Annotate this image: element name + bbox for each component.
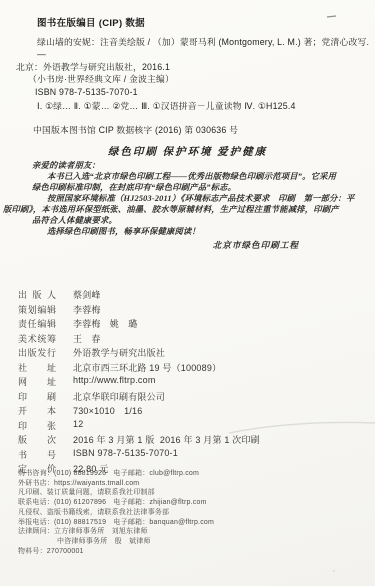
copyright-page: 图书在版编目 (CIP) 数据 绿山墙的安妮：注音美绘版 / （加）蒙哥马利 (…: [0, 0, 375, 586]
colophon: 出版人蔡剑峰 策划编辑李蓉梅 责任编辑李蓉梅 姚 璐 美术统筹王 春 出版发行外…: [18, 288, 358, 477]
colophon-row: 美术统筹王 春: [18, 332, 358, 347]
colophon-row: 书号ISBN 978-7-5135-7070-1: [18, 448, 358, 463]
colophon-value: 2016 年 3 月第 1 版 2016 年 3 月第 1 次印刷: [73, 433, 260, 446]
green-notice-line: 品符合人体健康要求。: [3, 215, 371, 226]
colophon-value: ISBN 978-7-5135-7070-1: [73, 448, 178, 458]
green-print-title: 绿色印刷 保护环境 爱护健康: [0, 144, 375, 159]
colophon-label: 开本: [18, 404, 56, 417]
colophon-label: 出版发行: [18, 346, 56, 359]
colophon-row: 印刷北京华联印刷有限公司: [18, 390, 358, 405]
colophon-row: 责任编辑李蓉梅 姚 璐: [18, 317, 358, 332]
cip-description-line: 绿山墙的安妮：注音美绘版 / （加）蒙哥马利 (Montgomery, L. M…: [16, 36, 370, 61]
cip-index-line: Ⅰ. ①绿… Ⅱ. ①蒙… ②党… Ⅲ. ①汉语拼音－儿童读物 Ⅳ. ①H125…: [37, 99, 296, 112]
colophon-row: 出版人蔡剑峰: [18, 288, 358, 303]
colophon-value: 730×1010 1/16: [73, 404, 142, 417]
cip-record-line: 中国版本图书馆 CIP 数据核字 (2016) 第 030636 号: [33, 123, 238, 136]
colophon-row: 策划编辑李蓉梅: [18, 303, 358, 318]
colophon-label: 网址: [18, 375, 56, 388]
contact-line: 外研书店：https://waiyants.tmall.com: [18, 479, 348, 489]
contact-line: 法律顾问：立方律师事务所 刘旭东律师: [18, 527, 348, 537]
scan-artifact-dash: [327, 16, 336, 17]
colophon-label: 书号: [18, 448, 56, 461]
colophon-value: 外语教学与研究出版社: [73, 346, 165, 359]
contact-info: 购书咨询：(010) 88819926 电子邮箱：club@fltrp.com …: [18, 469, 348, 556]
colophon-label: 版次: [18, 433, 56, 446]
colophon-row: 版次2016 年 3 月第 1 版 2016 年 3 月第 1 次印刷: [18, 433, 358, 448]
green-print-notice: 亲爱的读者朋友： 本书已入选“北京市绿色印刷工程——优秀出版物绿色印刷示范项目”…: [3, 160, 371, 237]
cip-description: 绿山墙的安妮：注音美绘版 / （加）蒙哥马利 (Montgomery, L. M…: [16, 36, 370, 98]
contact-line: 举报电话：(010) 88817519 电子邮箱：banquan@fltrp.c…: [18, 518, 348, 528]
colophon-value: 李蓉梅: [73, 303, 101, 316]
green-notice-signature: 北京市绿色印刷工程: [213, 239, 299, 251]
colophon-value: http://www.fltrp.com: [73, 375, 156, 385]
colophon-label: 策划编辑: [18, 303, 56, 316]
contact-line: 购书咨询：(010) 88819926 电子邮箱：club@fltrp.com: [18, 469, 348, 479]
colophon-label: 出版人: [18, 288, 56, 301]
cip-header: 图书在版编目 (CIP) 数据: [37, 15, 145, 29]
contact-line: 联系电话：(010) 61207896 电子邮箱：zhijian@fltrp.c…: [18, 498, 348, 508]
colophon-value: 北京市西三环北路 19 号（100089）: [73, 361, 221, 374]
colophon-row: 网址http://www.fltrp.com: [18, 375, 358, 390]
colophon-value: 北京华联印刷有限公司: [73, 390, 165, 403]
green-notice-salutation: 亲爱的读者朋友：: [3, 160, 371, 171]
contact-line: 凡印刷、装订质量问题，请联系我社印制部: [18, 488, 348, 498]
green-notice-line: 按照国家环境标准（HJ2503-2011）《环境标志产品技术要求 印刷 第一部分…: [3, 193, 371, 204]
colophon-label: 社址: [18, 361, 56, 374]
green-notice-line: 绿色印刷标准印制，在封底印有“绿色印刷产品”标志。: [3, 182, 371, 193]
green-notice-line: 本书已入选“北京市绿色印刷工程——优秀出版物绿色印刷示范项目”。它采用: [3, 171, 371, 182]
colophon-row: 印张12: [18, 419, 358, 434]
colophon-value: 王 春: [73, 332, 101, 345]
colophon-label: 印张: [18, 419, 56, 432]
colophon-row: 开本730×1010 1/16: [18, 404, 358, 419]
colophon-label: 责任编辑: [18, 317, 56, 330]
cip-series-line: （小书房·世界经典文库 / 金波主编）: [16, 73, 370, 85]
colophon-row: 社址北京市西三环北路 19 号（100089）: [18, 361, 358, 376]
green-notice-line: 版印刷》，本书选用环保型纸张、油墨、胶水等原辅材料，生产过程注重节能减排，印刷产: [3, 204, 371, 215]
contact-line: 中咨律师事务所 殷 斌律师: [18, 537, 348, 547]
colophon-label: 美术统筹: [18, 332, 56, 345]
material-number: 物料号：270700001: [18, 547, 348, 557]
cip-isbn-line: ISBN 978-7-5135-7070-1: [16, 86, 370, 98]
colophon-value: 蔡剑峰: [73, 288, 101, 301]
scan-artifact-speck: [333, 570, 335, 572]
colophon-value: 12: [73, 419, 83, 429]
green-notice-line: 选择绿色印刷图书，畅享环保健康阅读！: [3, 226, 371, 237]
colophon-row: 出版发行外语教学与研究出版社: [18, 346, 358, 361]
colophon-label: 印刷: [18, 390, 56, 403]
contact-line: 凡侵权、盗版书籍线索，请联系我社法律事务部: [18, 508, 348, 518]
colophon-value: 李蓉梅 姚 璐: [73, 317, 137, 330]
cip-description-line: 北京：外语教学与研究出版社，2016.1: [16, 61, 370, 73]
